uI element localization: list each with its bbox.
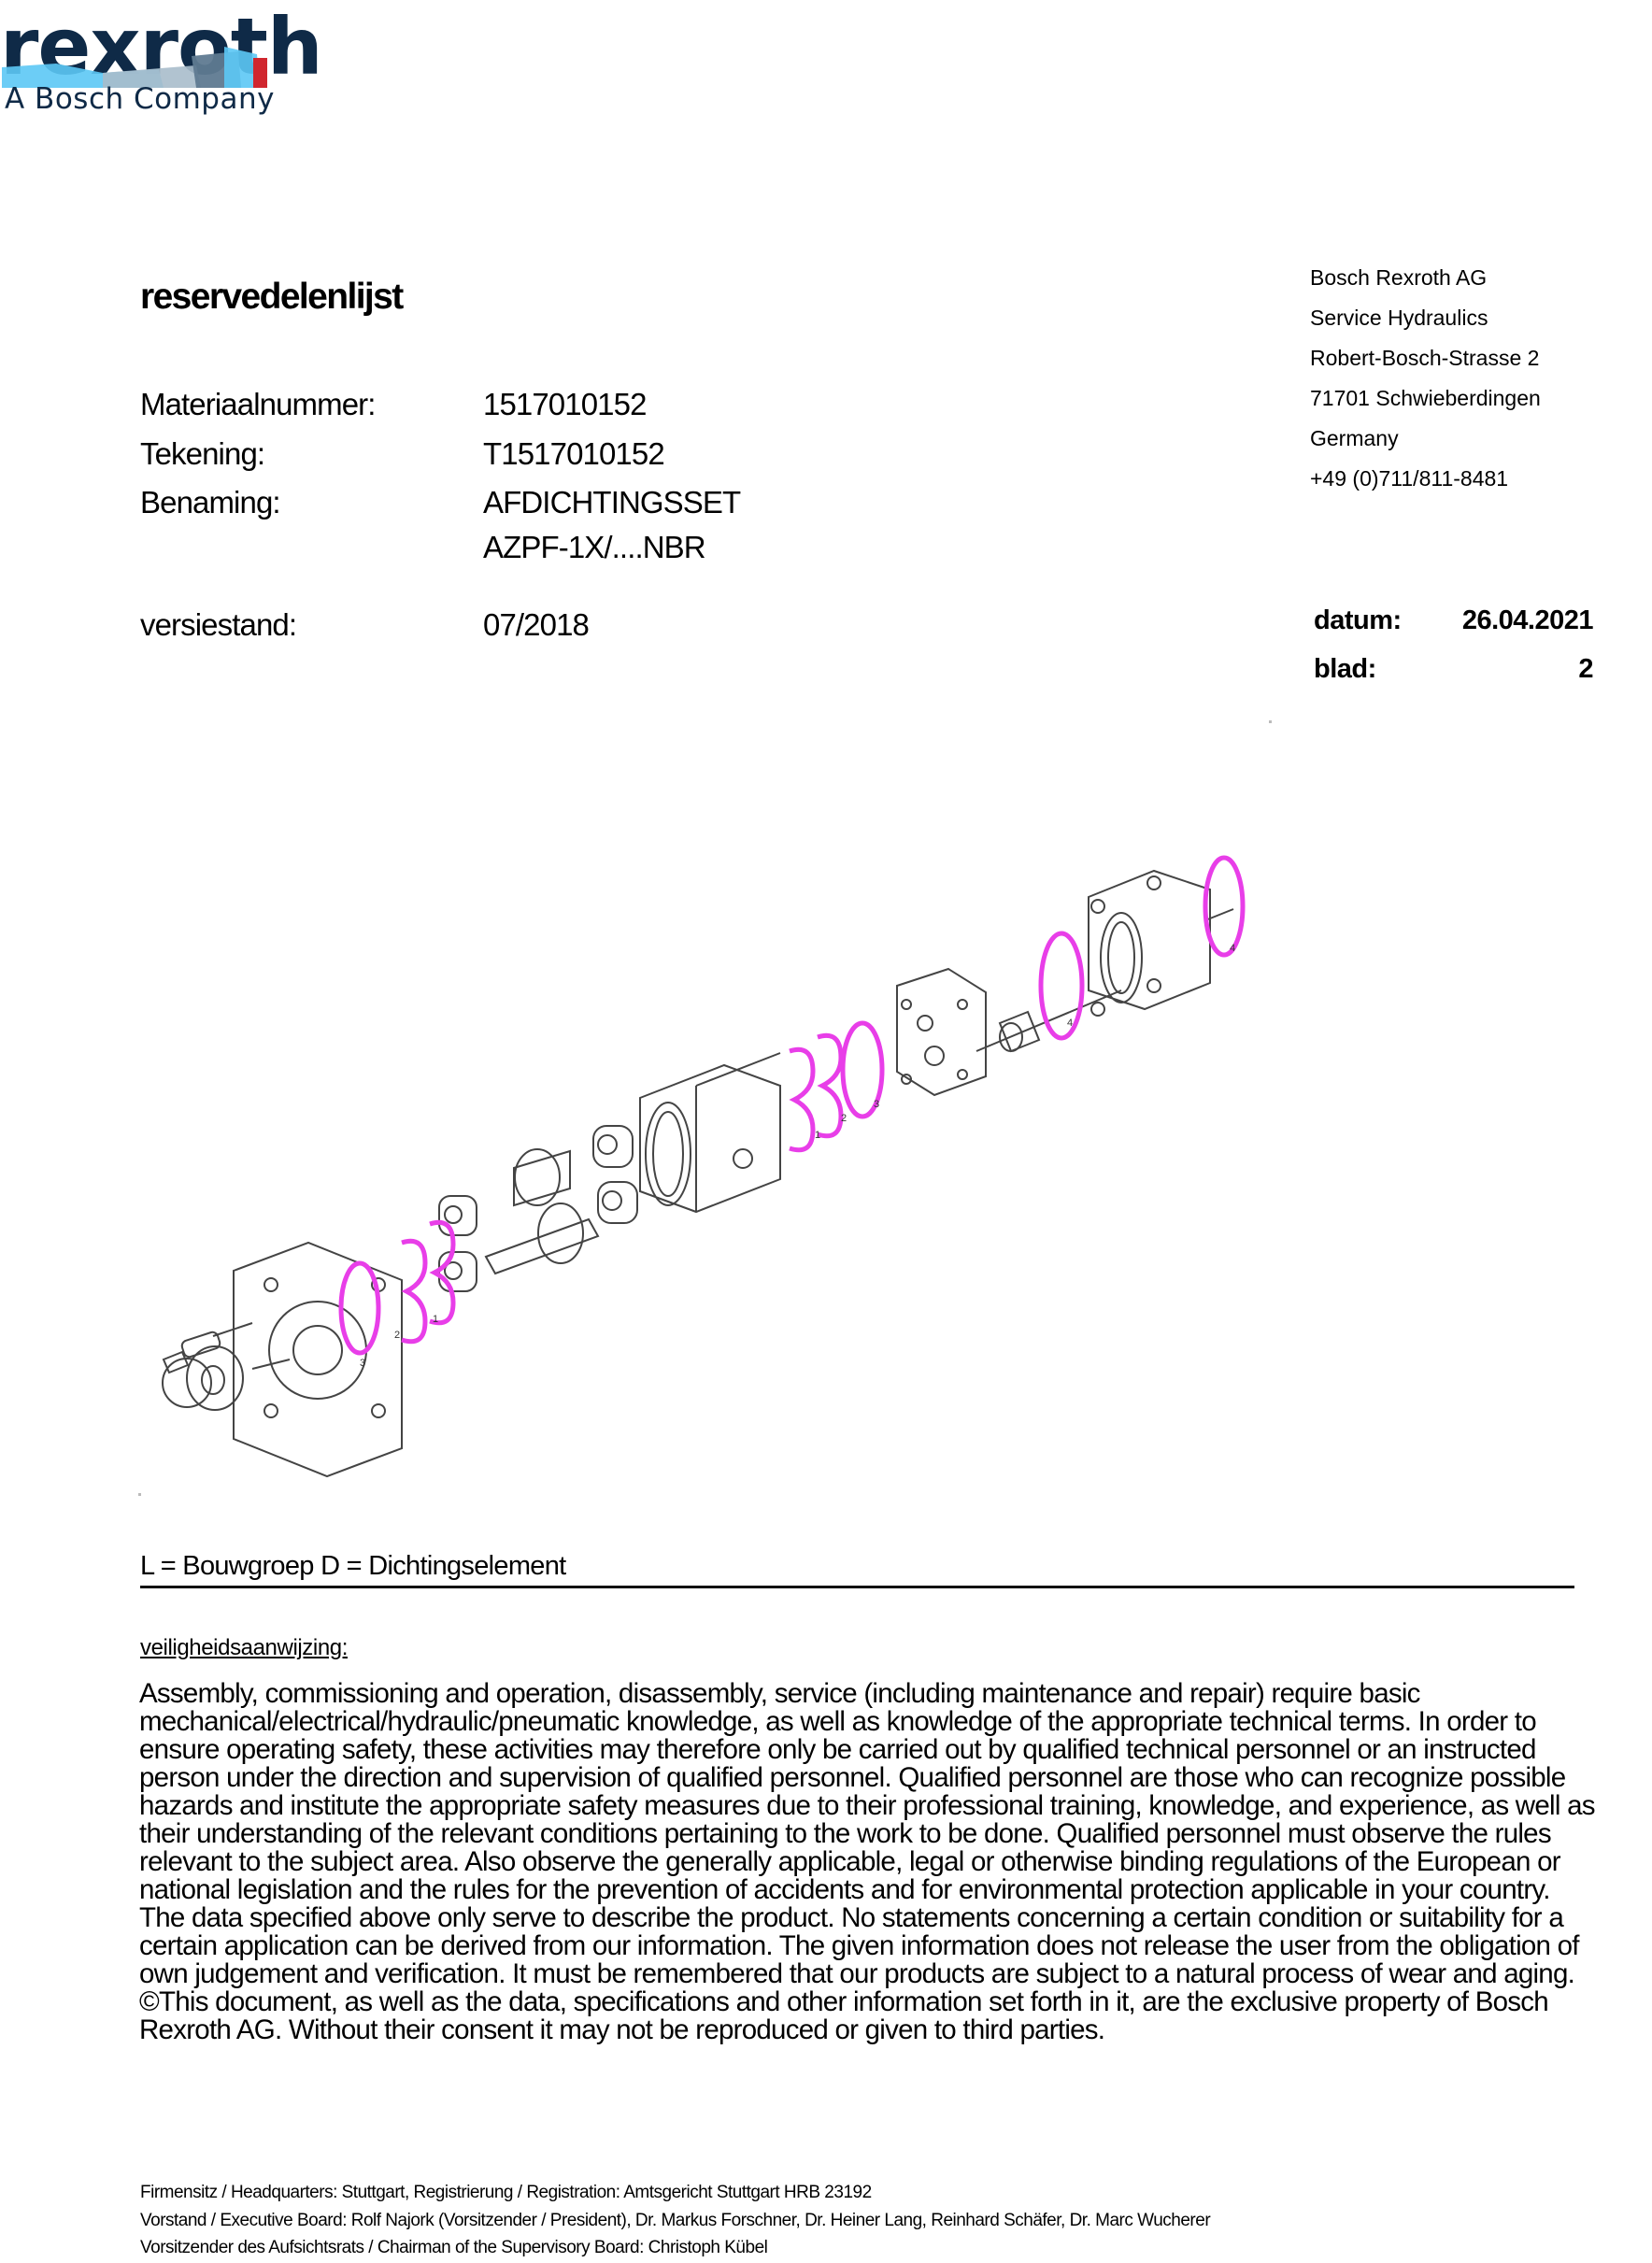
field-label-tekening: Tekening:	[140, 436, 264, 472]
divider-rule	[140, 1586, 1574, 1588]
legend: L = Bouwgroep D = Dichtingselement	[140, 1551, 566, 1582]
sheet-value: 2	[1346, 654, 1593, 685]
footer-board: Vorstand / Executive Board: Rolf Najork …	[140, 2211, 1210, 2231]
seal-3-left	[341, 1263, 378, 1353]
logo-color-bands	[0, 0, 280, 93]
parts-outline	[163, 871, 1233, 1476]
field-label-materiaalnummer: Materiaalnummer:	[140, 387, 376, 422]
seal-2-left	[402, 1241, 425, 1341]
drive-gear	[538, 1203, 583, 1263]
field-label-benaming: Benaming:	[140, 485, 280, 520]
exploded-view-drawing: 3 2 1 1 2 3 4 4	[140, 832, 1308, 1504]
callout: 1	[815, 1130, 820, 1141]
safety-body: Assembly, commissioning and operation, d…	[139, 1680, 1597, 1988]
field-value-materiaalnummer: 1517010152	[483, 387, 647, 422]
field-value-benaming-line2: AZPF-1X/....NBR	[483, 530, 705, 565]
seal-4a	[1041, 933, 1082, 1038]
callout: 4	[1230, 943, 1235, 954]
bearing-bushing	[598, 1182, 637, 1223]
address-street: Robert-Bosch-Strasse 2	[1310, 345, 1539, 371]
seal-1-right	[790, 1049, 813, 1149]
safety-title: veiligheidsaanwijzing:	[140, 1635, 348, 1661]
scan-speck	[1269, 720, 1272, 723]
callout: 2	[841, 1113, 847, 1124]
address-phone: +49 (0)711/811-8481	[1310, 465, 1508, 491]
address-company: Bosch Rexroth AG	[1310, 264, 1487, 291]
safety-notice: Assembly, commissioning and operation, d…	[139, 1680, 1597, 2044]
address-city: 71701 Schwieberdingen	[1310, 385, 1541, 411]
callout: 2	[394, 1330, 400, 1341]
rexroth-logo: rexroth A Bosch Company	[0, 0, 280, 121]
footer-supervisory: Vorsitzender des Aufsichtsrats / Chairma…	[140, 2238, 767, 2258]
callout: 3	[874, 1099, 879, 1110]
field-label-versiestand: versiestand:	[140, 607, 296, 643]
address-department: Service Hydraulics	[1310, 305, 1488, 331]
logo-tagline: A Bosch Company	[5, 82, 275, 116]
field-value-benaming: AFDICHTINGSSET	[483, 485, 740, 520]
page-title: reservedelenlijst	[140, 277, 403, 318]
date-value: 26.04.2021	[1346, 605, 1593, 636]
bearing-bushing	[593, 1126, 633, 1167]
field-value-versiestand: 07/2018	[483, 607, 589, 643]
field-value-tekening: T1517010152	[483, 436, 664, 472]
callout: 3	[360, 1358, 365, 1369]
footer-headquarters: Firmensitz / Headquarters: Stuttgart, Re…	[140, 2183, 872, 2203]
seal-2-right	[818, 1035, 841, 1135]
address-country: Germany	[1310, 425, 1399, 451]
callout: 4	[1067, 1018, 1073, 1029]
seal-1-left	[430, 1222, 453, 1322]
callout: 1	[433, 1314, 438, 1325]
copyright-notice: ©This document, as well as the data, spe…	[139, 1988, 1597, 2044]
